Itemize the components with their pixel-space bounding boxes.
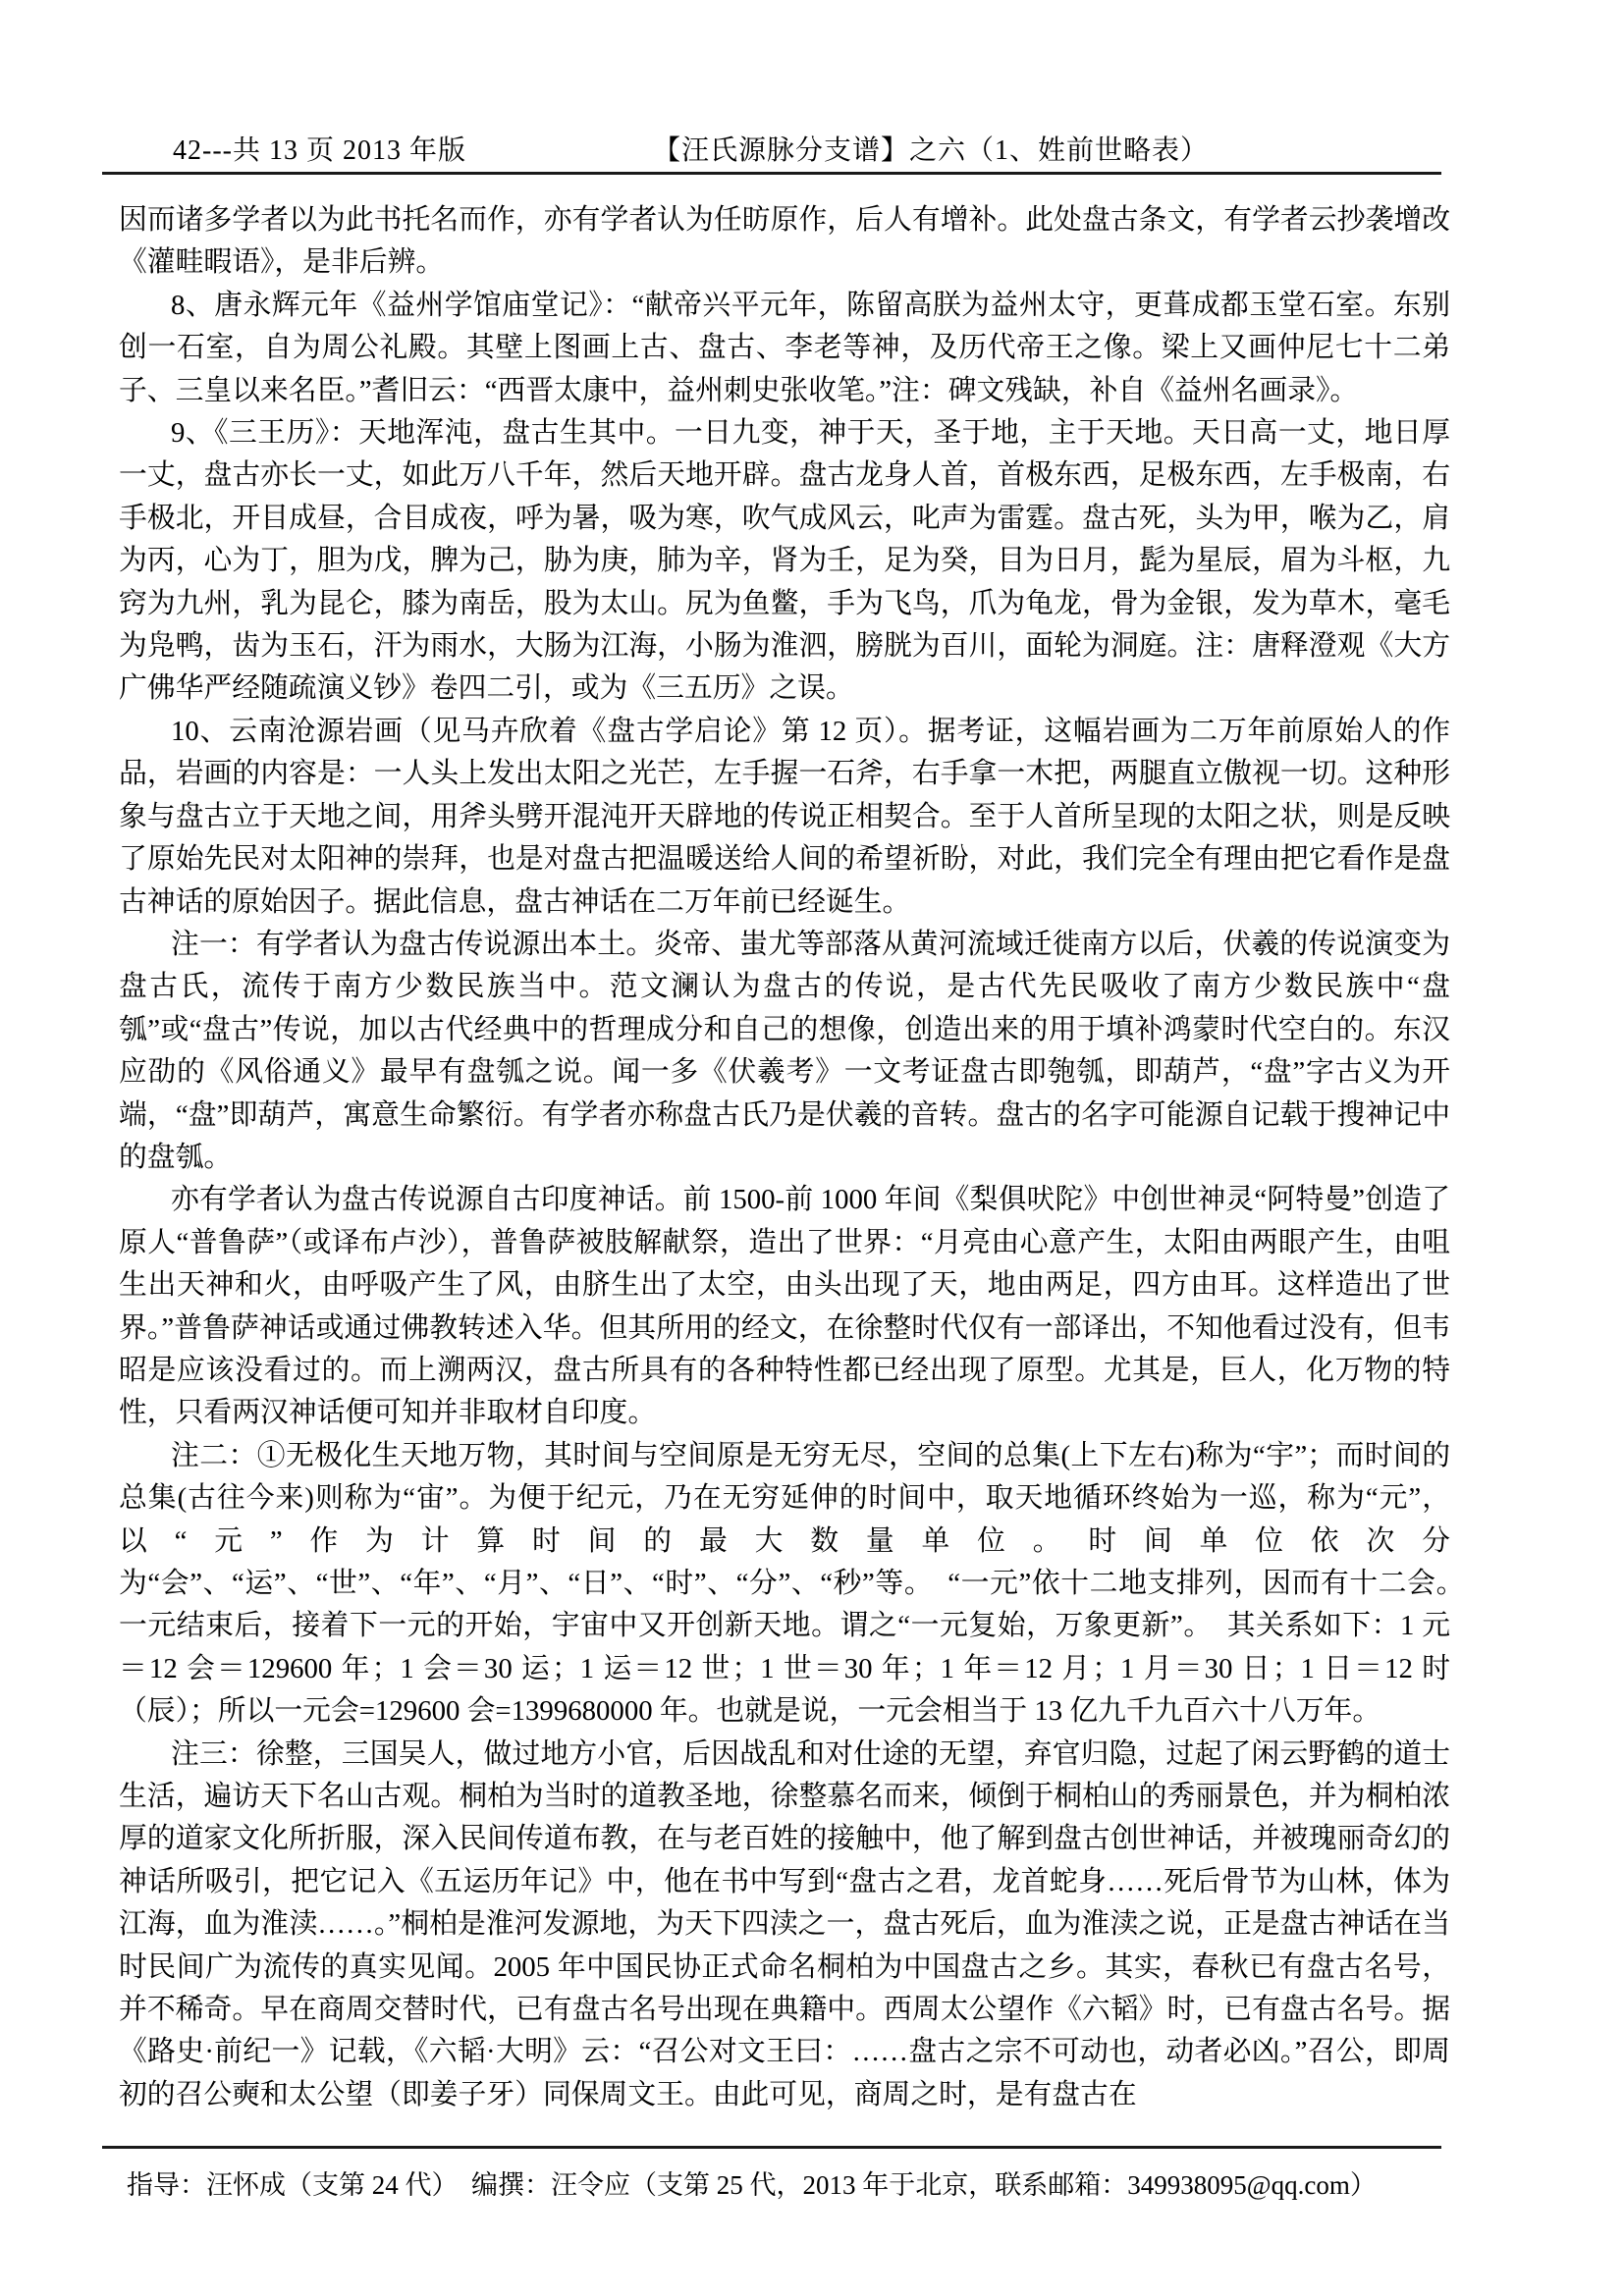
page-number-info: 42---共 13 页 2013 年版 (173, 135, 466, 166)
paragraph: 注一：有学者认为盘古传说源出本土。炎帝、蚩尤等部落从黄河流域迁徙南方以后，伏羲的… (119, 924, 1450, 1179)
paragraph: 8、唐永辉元年《益州学馆庙堂记》：“献帝兴平元年，陈留高朕为益州太守，更葺成都玉… (119, 285, 1450, 412)
document-title: 【汪氏源脉分支谱】之六（1、姓前世略表） (653, 135, 1209, 166)
header-divider (102, 172, 1441, 175)
footer-text: 指导：汪怀成（支第 24 代） 编撰：汪令应（支第 25 代，2013 年于北京… (127, 2170, 1377, 2200)
document-page: 42---共 13 页 2013 年版【汪氏源脉分支谱】之六（1、姓前世略表） … (0, 0, 1624, 2296)
document-body: 因而诸多学者以为此书托名而作，亦有学者认为任昉原作，后人有增补。此处盘古条文，有… (119, 199, 1450, 2116)
paragraph: 9、《三王历》：天地浑沌，盘古生其中。一日九变，神于天，圣于地，主于天地。天日高… (119, 412, 1450, 711)
paragraph: 10、云南沧源岩画（见马卉欣着《盘古学启论》第 12 页）。据考证，这幅岩画为二… (119, 711, 1450, 924)
page-header: 42---共 13 页 2013 年版【汪氏源脉分支谱】之六（1、姓前世略表） (102, 134, 1441, 168)
paragraph: 注二：①无极化生天地万物，其时间与空间原是无穷无尽，空间的总集(上下左右)称为“… (119, 1435, 1450, 1734)
page-footer: 指导：汪怀成（支第 24 代） 编撰：汪令应（支第 25 代，2013 年于北京… (119, 2166, 1466, 2204)
footer-divider (102, 2146, 1441, 2149)
paragraph: 注三：徐整，三国吴人，做过地方小官，后因战乱和对仕途的无望，弃官归隐，过起了闲云… (119, 1734, 1450, 2117)
paragraph: 因而诸多学者以为此书托名而作，亦有学者认为任昉原作，后人有增补。此处盘古条文，有… (119, 199, 1450, 285)
paragraph: 亦有学者认为盘古传说源自古印度神话。前 1500-前 1000 年间《梨俱吠陀》… (119, 1179, 1450, 1434)
